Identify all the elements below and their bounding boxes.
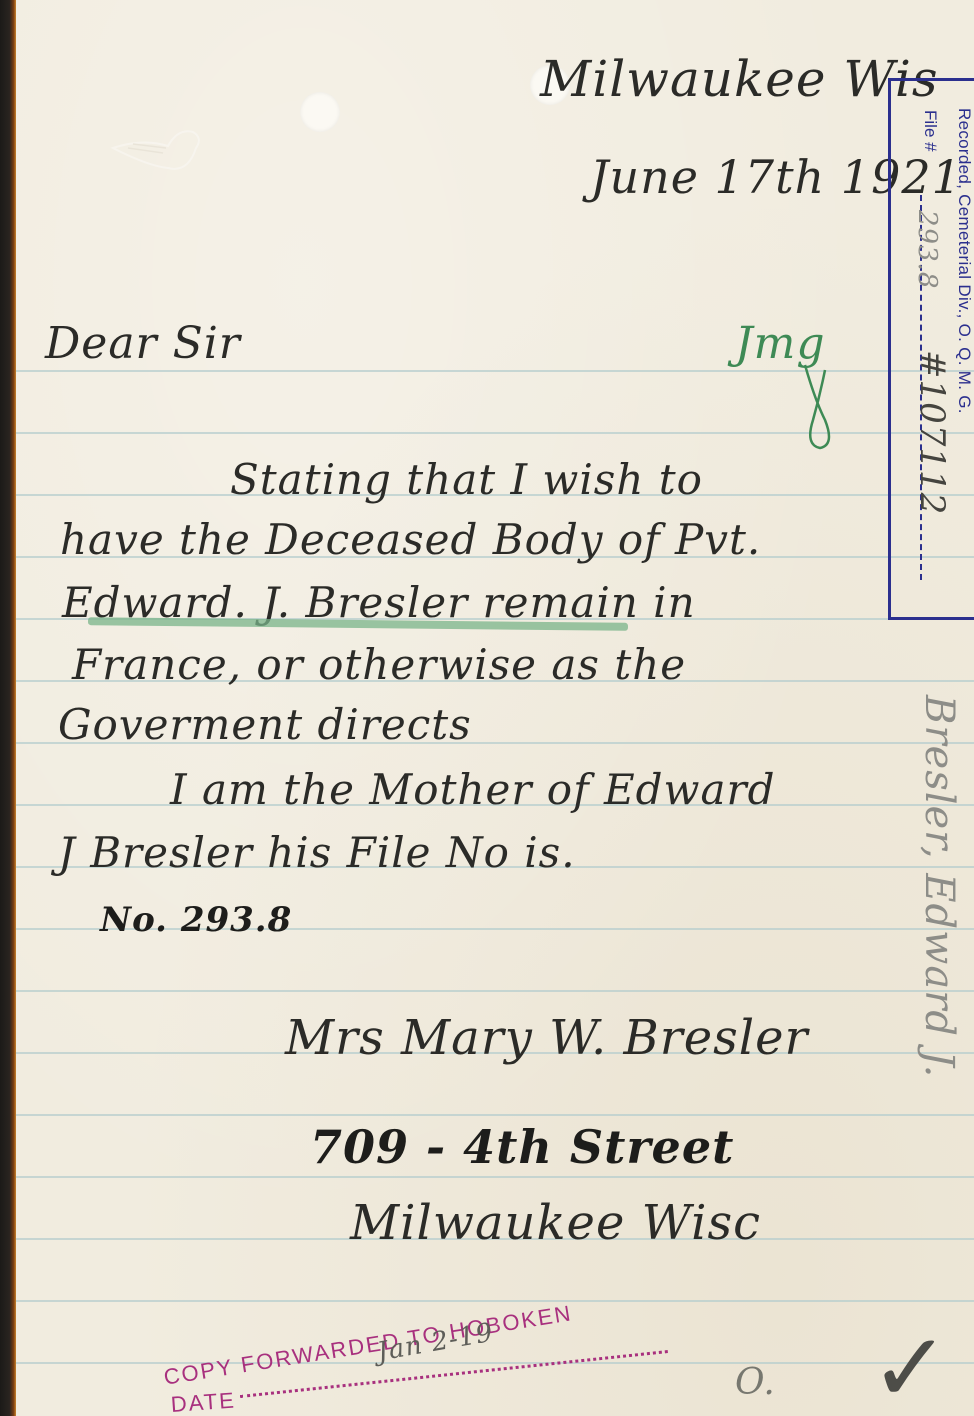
body-line-2: have the Deceased Body of Pvt. [60,515,761,564]
body-line-5: Goverment directs [58,700,472,749]
body-line-4: France, or otherwise as the [72,640,686,689]
rule-line [16,1176,974,1178]
signature: Mrs Mary W. Bresler [285,1010,809,1066]
body-line-7: J Bresler his File No is. [58,828,576,877]
punch-hole [300,92,340,132]
address-street: 709 - 4th Street [310,1120,734,1174]
file-number-pencil: 293.8 [912,210,942,289]
rule-line [16,990,974,992]
binding-edge [0,0,16,1416]
salutation: Dear Sir [45,318,241,369]
address-city: Milwaukee Wisc [350,1195,761,1251]
body-line-1: Stating that I wish to [230,455,703,504]
recorded-stamp-text: Recorded, Cemeterial Div., O. Q. M. G. [954,108,974,414]
margin-pencil-note: Bresler, Edward J. [916,695,962,1078]
file-number-line: No. 293.8 [100,900,292,940]
green-loop-mark-icon [785,360,845,455]
embossed-bird-icon [108,118,218,178]
file-label: File # [920,110,940,152]
pencil-o-mark: O. [735,1362,776,1403]
check-mark-icon: ✓ [870,1312,951,1416]
rule-line [16,1362,974,1364]
letter-place: Milwaukee Wis [540,50,939,108]
rule-line [16,1300,974,1302]
body-line-6: I am the Mother of Edward [170,765,775,814]
forward-stamp-date-label: DATE [170,1387,237,1416]
rule-line [16,1114,974,1116]
file-number-ink: #107112 [912,350,952,515]
